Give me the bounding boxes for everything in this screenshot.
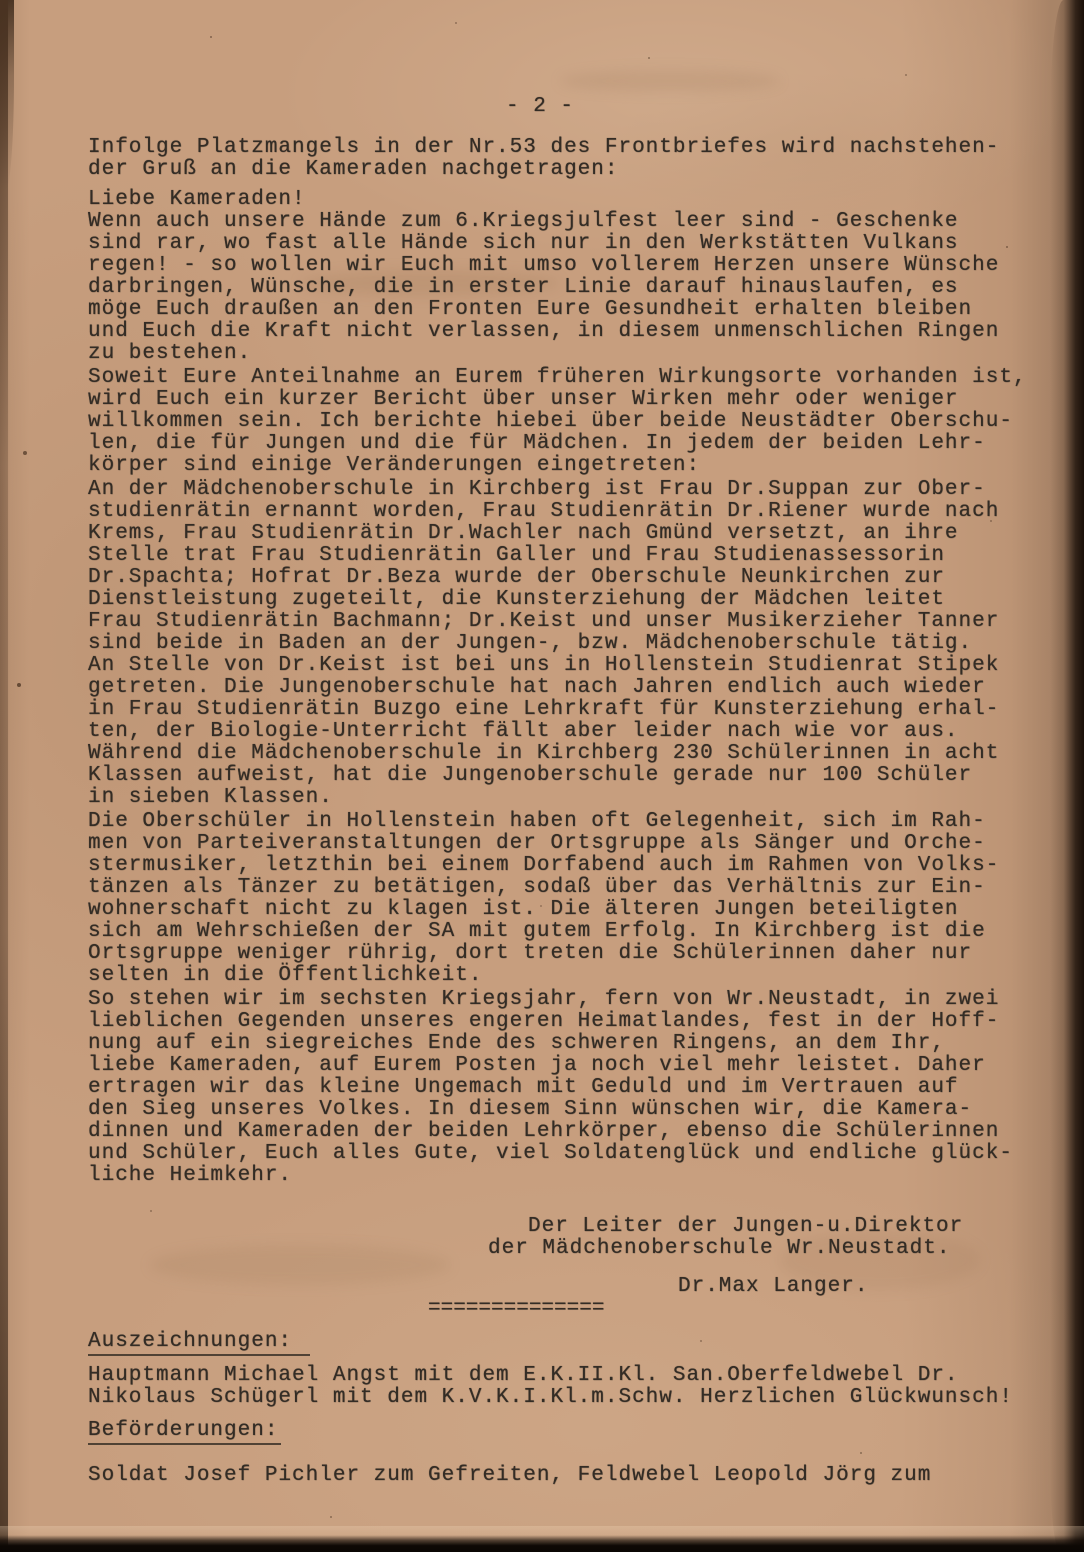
text-line: Soldat Josef Pichler zum Gefreiten, Feld… — [88, 1465, 1038, 1487]
paragraph-report: Soweit Eure Anteilnahme an Eurem frühere… — [88, 367, 1038, 477]
text-line: stermusiker, letzthin bei einem Dorfaben… — [88, 855, 1038, 877]
text-line: Liebe Kameraden! — [88, 189, 1038, 211]
text-line: in Frau Studienrätin Buzgo eine Lehrkraf… — [88, 699, 1038, 721]
text-line: Infolge Platzmangels in der Nr.53 des Fr… — [88, 137, 1038, 159]
text-line: Hauptmann Michael Angst mit dem E.K.II.K… — [88, 1365, 1038, 1387]
signature-title-line1: Der Leiter der Jungen-u.Direktor — [528, 1216, 1038, 1238]
text-line: selten in die Öffentlichkeit. — [88, 965, 1038, 987]
text-line: Frau Studienrätin Bachmann; Dr.Keist und… — [88, 611, 1038, 633]
heading-awards-label: Auszeichnungen: — [88, 1331, 310, 1356]
text-line: und Schüler, Euch alles Gute, viel Solda… — [88, 1143, 1038, 1165]
text-line: in sieben Klassen. — [88, 787, 1038, 809]
text-line: ten, der Biologie-Unterricht fällt aber … — [88, 721, 1038, 743]
text-line: getreten. Die Jungenoberschule hat nach … — [88, 677, 1038, 699]
text-line: Während die Mädchenoberschule in Kirchbe… — [88, 743, 1038, 765]
page-right-edge — [1050, 0, 1084, 1552]
text-line: Krems, Frau Studienrätin Dr.Wachler nach… — [88, 523, 1038, 545]
text-line: Dr.Spachta; Hofrat Dr.Beza wurde der Obe… — [88, 567, 1038, 589]
text-line: sind rar, wo fast alle Hände sich nur in… — [88, 233, 1038, 255]
text-line: liebe Kameraden, auf Eurem Posten ja noc… — [88, 1055, 1038, 1077]
paragraph-promotions: Soldat Josef Pichler zum Gefreiten, Feld… — [88, 1465, 1038, 1487]
text-line: Soweit Eure Anteilnahme an Eurem frühere… — [88, 367, 1038, 389]
text-line: Stelle trat Frau Studienrätin Galler und… — [88, 545, 1038, 567]
text-line: ertragen wir das kleine Ungemach mit Ged… — [88, 1077, 1038, 1099]
text-line: men von Parteiveranstaltungen der Ortsgr… — [88, 833, 1038, 855]
text-line: studienrätin ernannt worden, Frau Studie… — [88, 501, 1038, 523]
page-left-edge — [0, 0, 8, 1552]
text-line: Die Oberschüler in Hollenstein haben oft… — [88, 811, 1038, 833]
text-line: tänzen als Tänzer zu betätigen, sodaß üb… — [88, 877, 1038, 899]
heading-awards: Auszeichnungen: — [88, 1331, 1038, 1356]
text-line: An Stelle von Dr.Keist ist bei uns in Ho… — [88, 655, 1038, 677]
text-line: wohnerschaft nicht zu klagen ist. Die äl… — [88, 899, 1038, 921]
paragraph-intro: Infolge Platzmangels in der Nr.53 des Fr… — [88, 137, 1038, 181]
text-line: den Sieg unseres Volkes. In diesem Sinn … — [88, 1099, 1038, 1121]
text-line: zu bestehen. — [88, 343, 1038, 365]
text-line: Ortsgruppe weniger rührig, dort treten d… — [88, 943, 1038, 965]
text-line: Dienstleistung zugeteilt, die Kunsterzie… — [88, 589, 1038, 611]
paragraph-awards: Hauptmann Michael Angst mit dem E.K.II.K… — [88, 1365, 1038, 1409]
paragraph-greeting: Liebe Kameraden!Wenn auch unsere Hände z… — [88, 189, 1038, 365]
paragraph-activities: Die Oberschüler in Hollenstein haben oft… — [88, 811, 1038, 987]
text-line: willkommen sein. Ich berichte hiebei übe… — [88, 411, 1038, 433]
text-line: Klassen aufweist, hat die Jungenoberschu… — [88, 765, 1038, 787]
text-line: Wenn auch unsere Hände zum 6.Kriegsjulfe… — [88, 211, 1038, 233]
heading-promotions-label: Beförderungen: — [88, 1420, 281, 1445]
text-line: An der Mädchenoberschule in Kirchberg is… — [88, 479, 1038, 501]
paragraph-staff-changes: An der Mädchenoberschule in Kirchberg is… — [88, 479, 1038, 809]
text-line: sich am Wehrschießen der SA mit gutem Er… — [88, 921, 1038, 943]
text-line: len, die für Jungen und die für Mädchen.… — [88, 433, 1038, 455]
text-line: möge Euch draußen an den Fronten Eure Ge… — [88, 299, 1038, 321]
text-line: der Gruß an die Kameraden nachgetragen: — [88, 159, 1038, 181]
page-bottom-edge — [0, 1526, 1084, 1552]
text-line: darbringen, Wünsche, die in erster Linie… — [88, 277, 1038, 299]
paragraph-closing: So stehen wir im sechsten Kriegsjahr, fe… — [88, 989, 1038, 1187]
text-line: So stehen wir im sechsten Kriegsjahr, fe… — [88, 989, 1038, 1011]
text-line: Nikolaus Schügerl mit dem K.V.K.I.Kl.m.S… — [88, 1387, 1038, 1409]
text-line: regen! - so wollen wir Euch mit umso vol… — [88, 255, 1038, 277]
text-line: dinnen und Kameraden der beiden Lehrkörp… — [88, 1121, 1038, 1143]
text-line: körper sind einige Veränderungen eingetr… — [88, 455, 1038, 477]
text-line: und Euch die Kraft nicht verlassen, in d… — [88, 321, 1038, 343]
signature-title-line2: der Mädchenoberschule Wr.Neustadt. — [488, 1238, 1038, 1260]
signature-name: Dr.Max Langer. — [678, 1276, 1038, 1298]
text-line: lieblichen Gegenden unseres engeren Heim… — [88, 1011, 1038, 1033]
scanned-page: - 2 - Infolge Platzmangels in der Nr.53 … — [0, 0, 1084, 1552]
page-number: - 2 - — [88, 96, 992, 118]
text-line: wird Euch ein kurzer Bericht über unser … — [88, 389, 1038, 411]
heading-promotions: Beförderungen: — [88, 1420, 1038, 1445]
text-line: nung auf ein siegreiches Ende des schwer… — [88, 1033, 1038, 1055]
text-line: liche Heimkehr. — [88, 1165, 1038, 1187]
text-line: sind beide in Baden an der Jungen-, bzw.… — [88, 633, 1038, 655]
page-content: - 2 - Infolge Platzmangels in der Nr.53 … — [88, 0, 1038, 1487]
section-separator: ============== — [428, 1298, 1038, 1320]
